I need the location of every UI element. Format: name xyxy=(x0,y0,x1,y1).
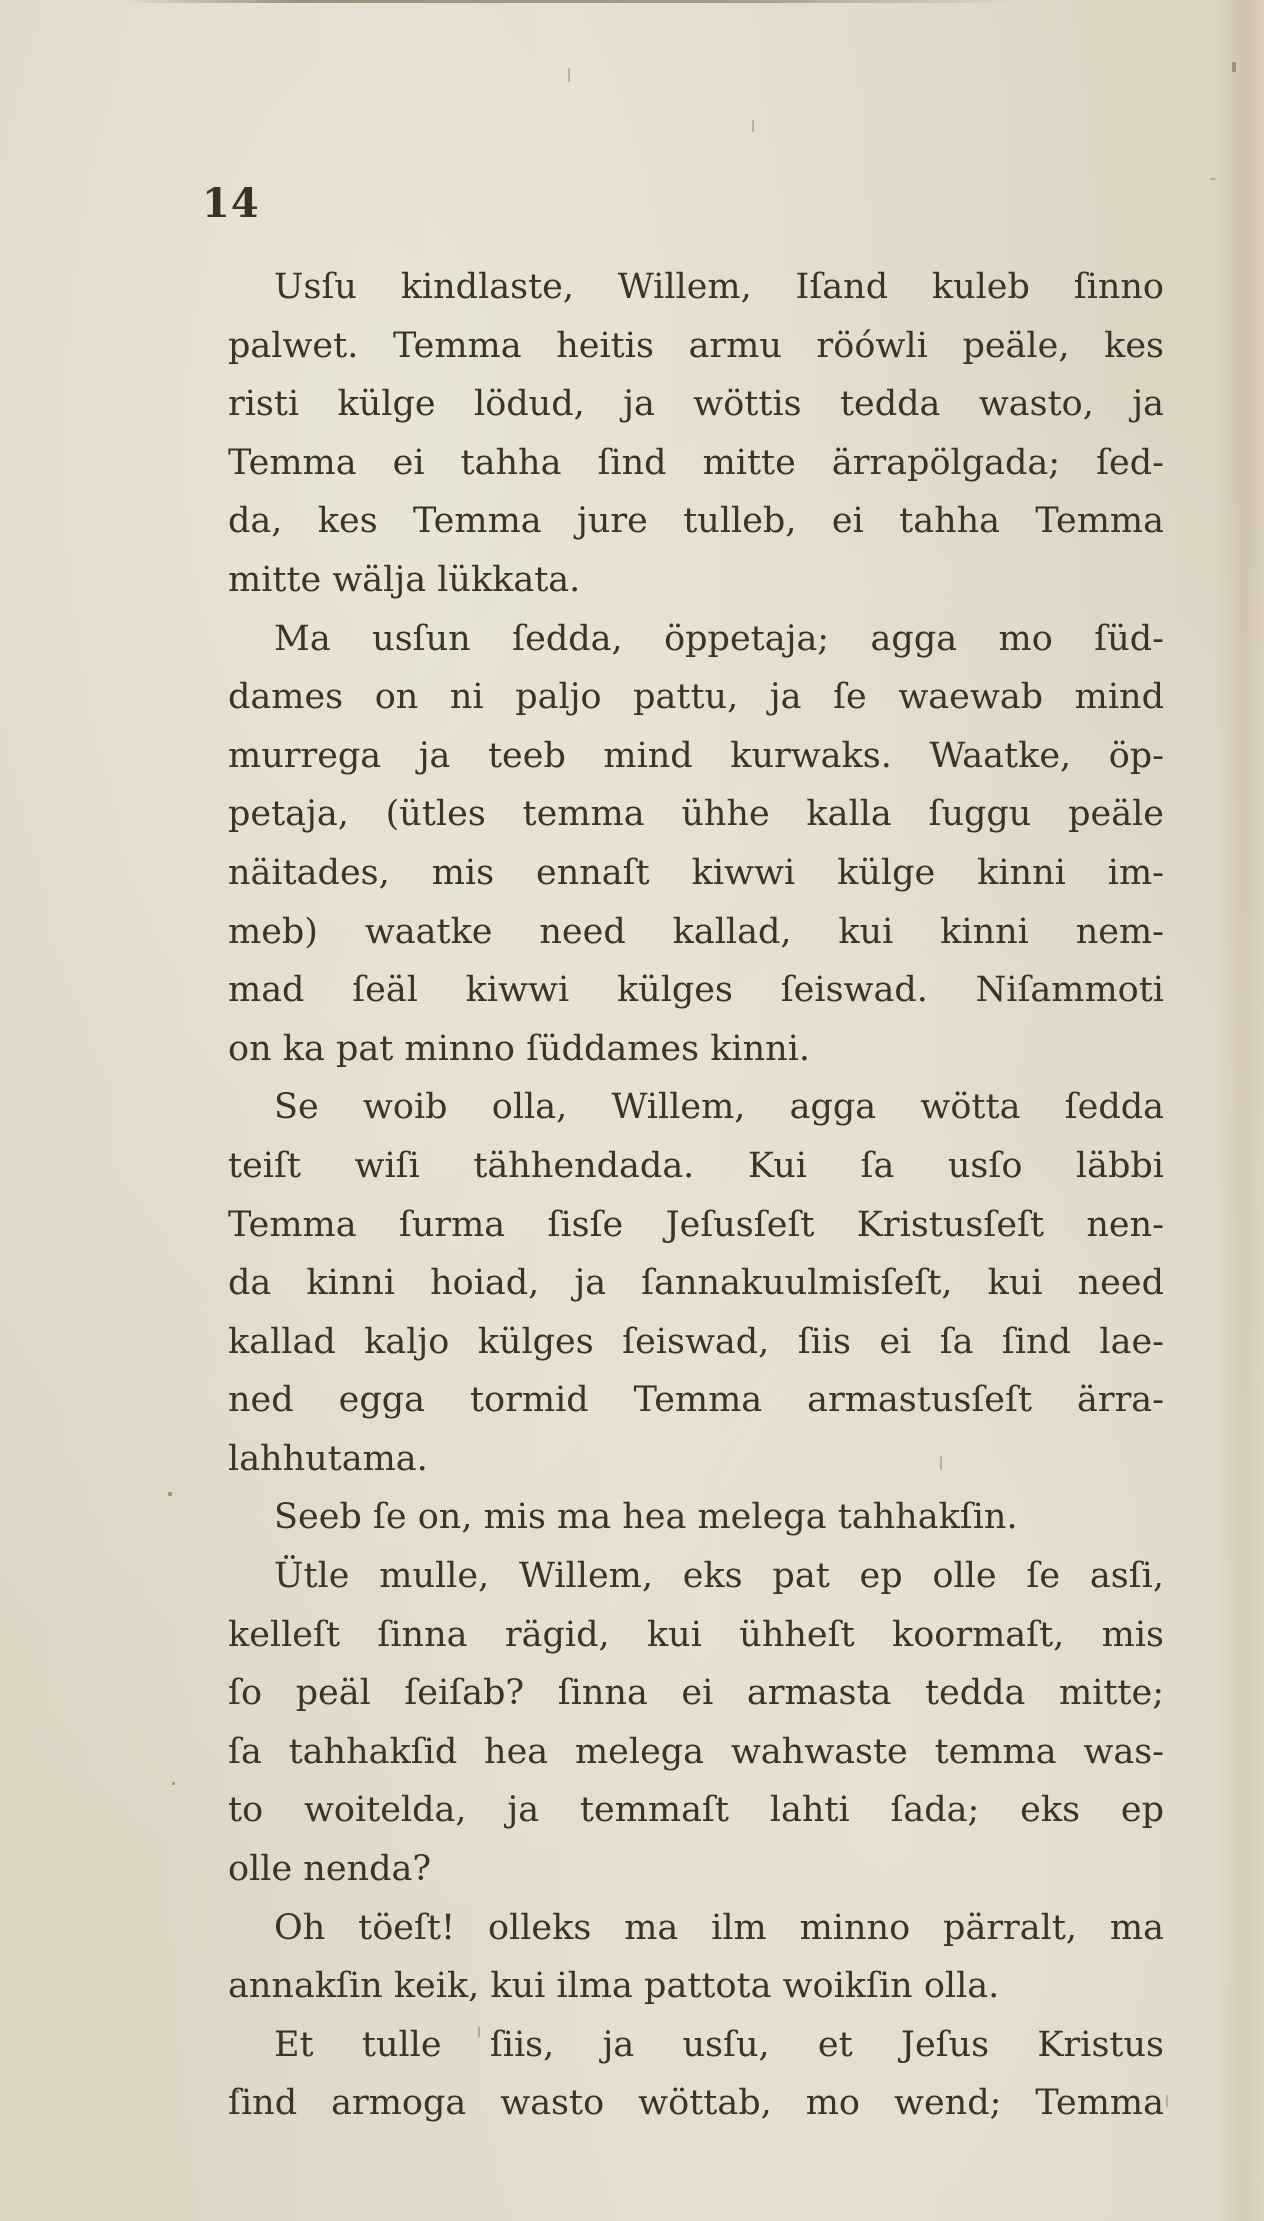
paragraph: Se woib olla, Willem, agga wötta ſedda t… xyxy=(228,1078,1164,1488)
text-line: Temma ſurma ſisſe Jeſusſeſt Kristusſeſt … xyxy=(228,1196,1164,1255)
text-line: Ma usſun ſedda, öppetaja; agga mo ſüd- xyxy=(228,610,1164,669)
text-line: Ütle mulle, Willem, eks pat ep olle ſe a… xyxy=(228,1547,1164,1606)
text-line: da, kes Temma jure tulleb, ei tahha Temm… xyxy=(228,492,1164,551)
text-line: ned egga tormid Temma armastusſeſt ärra- xyxy=(228,1371,1164,1430)
text-line: petaja, (ütles temma ühhe kalla ſuggu pe… xyxy=(228,785,1164,844)
text-line: näitades, mis ennaſt kiwwi külge kinni i… xyxy=(228,844,1164,903)
text-line: mad ſeäl kiwwi külges ſeiswad. Niſammoti xyxy=(228,961,1164,1020)
paper-speck xyxy=(168,1492,172,1496)
text-line: Oh töeſt! olleks ma ilm minno pärralt, m… xyxy=(228,1899,1164,1958)
paper-speck xyxy=(172,1782,175,1785)
paper-speck xyxy=(1166,2095,1168,2107)
text-line: ſa tahhakſid hea melega wahwaste temma w… xyxy=(228,1723,1164,1782)
text-line: annakſin keik, kui ilma pattota woikſin … xyxy=(228,1957,1164,2016)
page-top-edge-shadow xyxy=(120,0,1020,3)
paragraph: Ütle mulle, Willem, eks pat ep olle ſe a… xyxy=(228,1547,1164,1899)
text-line: Temma ei tahha ſind mitte ärrapölgada; ſ… xyxy=(228,434,1164,493)
text-line: ſind armoga wasto wöttab, mo wend; Temma xyxy=(228,2074,1164,2133)
paragraph: Oh töeſt! olleks ma ilm minno pärralt, m… xyxy=(228,1899,1164,2016)
scanned-book-page: 14 Usſu kindlaste, Willem, Iſand kuleb ſ… xyxy=(0,0,1264,2221)
paragraph: Usſu kindlaste, Willem, Iſand kuleb ſinn… xyxy=(228,258,1164,610)
paper-speck xyxy=(568,68,570,82)
text-line: to woitelda, ja temmaſt lahti ſada; eks … xyxy=(228,1781,1164,1840)
page-number: 14 xyxy=(202,180,260,227)
text-line: Et tulle ſiis, ja usſu, et Jeſus Kristus xyxy=(228,2016,1164,2075)
text-line: risti külge lödud, ja wöttis tedda wasto… xyxy=(228,375,1164,434)
body-text: Usſu kindlaste, Willem, Iſand kuleb ſinn… xyxy=(228,258,1164,2133)
paper-speck xyxy=(752,120,754,132)
text-line: kallad kaljo külges ſeiswad, ſiis ei ſa … xyxy=(228,1313,1164,1372)
text-line: murrega ja teeb mind kurwaks. Waatke, öp… xyxy=(228,727,1164,786)
paper-speck xyxy=(1210,178,1216,180)
text-line: Seeb ſe on, mis ma hea melega tahhakſin. xyxy=(228,1488,1164,1547)
text-line: palwet. Temma heitis armu röówli peäle, … xyxy=(228,317,1164,376)
text-line: meb) waatke need kallad, kui kinni nem- xyxy=(228,903,1164,962)
text-line: dames on ni paljo pattu, ja ſe waewab mi… xyxy=(228,668,1164,727)
text-line: on ka pat minno ſüddames kinni. xyxy=(228,1020,1164,1079)
text-line: ſo peäl ſeiſab? ſinna ei armasta tedda m… xyxy=(228,1664,1164,1723)
paragraph: Ma usſun ſedda, öppetaja; agga mo ſüd- d… xyxy=(228,610,1164,1079)
text-line: da kinni hoiad, ja ſannakuulmisſeſt, kui… xyxy=(228,1254,1164,1313)
text-line: teiſt wiſi tähhendada. Kui ſa usſo läbbi xyxy=(228,1137,1164,1196)
text-line: lahhutama. xyxy=(228,1430,1164,1489)
paragraph: Et tulle ſiis, ja usſu, et Jeſus Kristus… xyxy=(228,2016,1164,2133)
text-line: mitte wälja lükkata. xyxy=(228,551,1164,610)
text-line: Usſu kindlaste, Willem, Iſand kuleb ſinn… xyxy=(228,258,1164,317)
text-line: olle nenda? xyxy=(228,1840,1164,1899)
text-line: Se woib olla, Willem, agga wötta ſedda xyxy=(228,1078,1164,1137)
paper-speck xyxy=(1232,62,1236,72)
paragraph: Seeb ſe on, mis ma hea melega tahhakſin. xyxy=(228,1488,1164,1547)
text-line: kelleſt ſinna rägid, kui ühheſt koormaſt… xyxy=(228,1606,1164,1665)
